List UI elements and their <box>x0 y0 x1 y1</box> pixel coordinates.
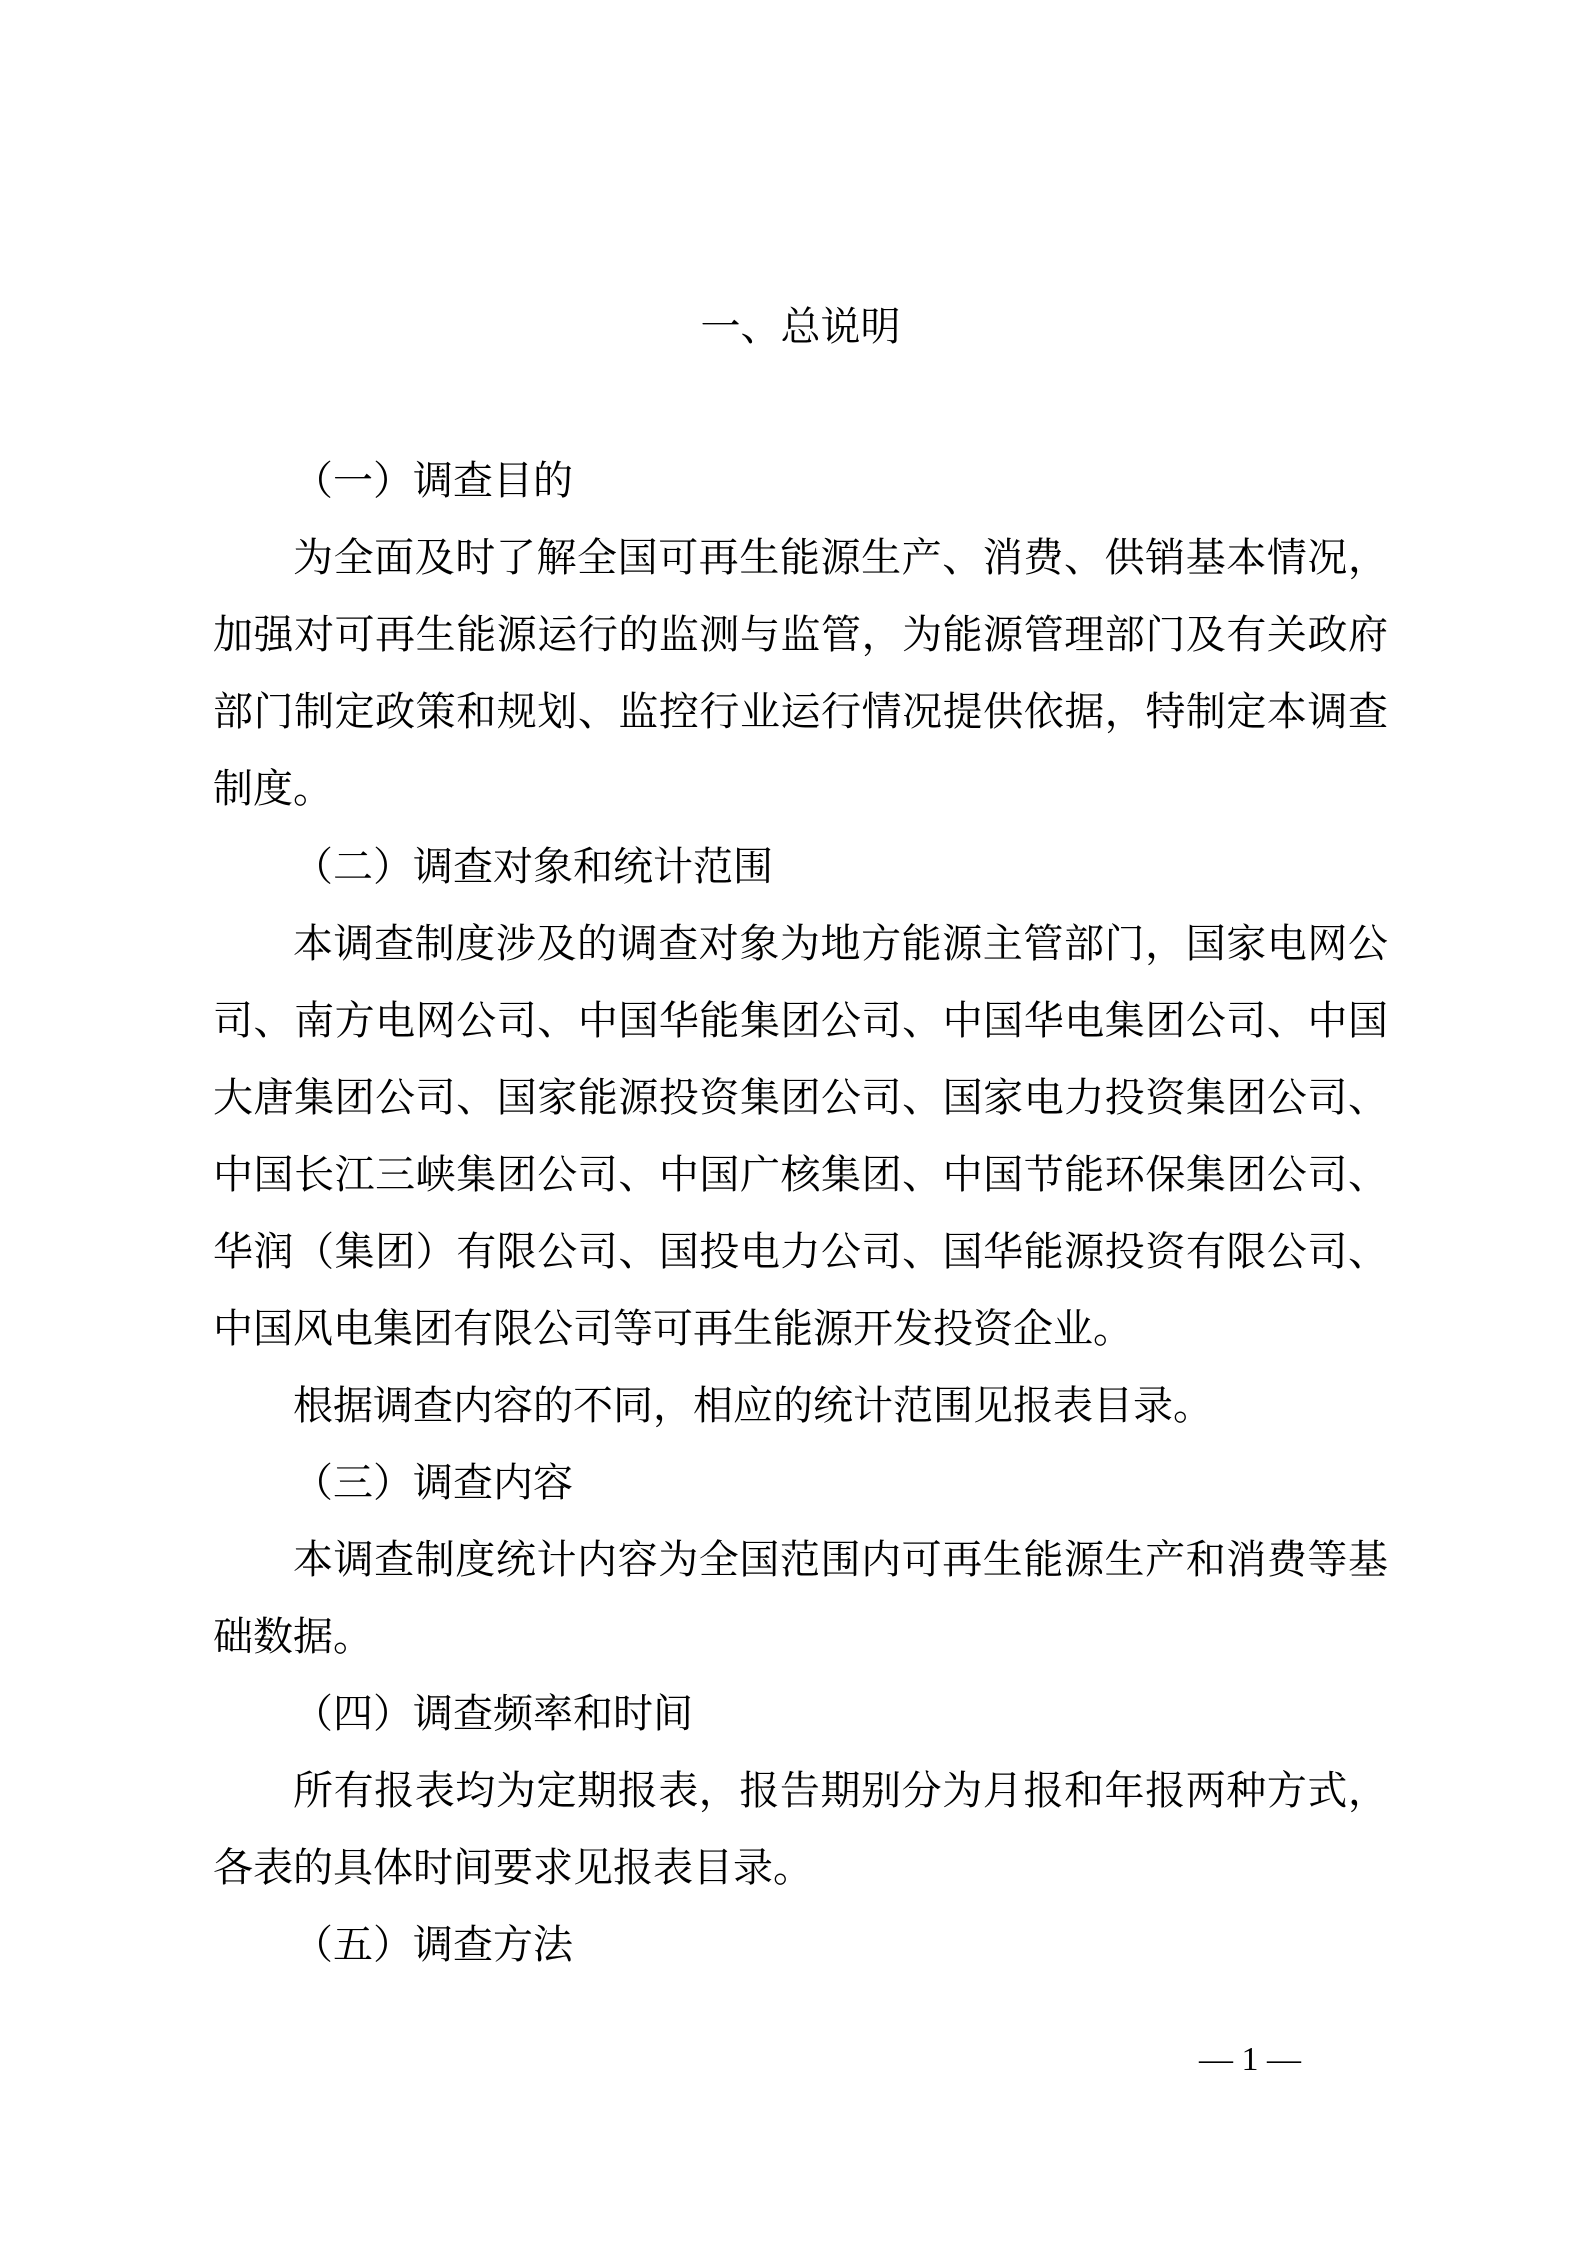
paragraph-line: 加强对可再生能源运行的监测与监管，为能源管理部门及有关政府 <box>213 615 1388 692</box>
paragraph-line: 所有报表均为定期报表，报告期别分为月报和年报两种方式， <box>213 1771 1388 1848</box>
page-number: — 1 — <box>1180 2040 1320 2080</box>
paragraph-line: 部门制定政策和规划、监控行业运行情况提供依据，特制定本调查 <box>213 692 1388 769</box>
subsection-heading: （五）调查方法 <box>213 1925 1388 2002</box>
paragraph-line: 司、南方电网公司、中国华能集团公司、中国华电集团公司、中国 <box>213 1001 1388 1078</box>
paragraph-line: 中国风电集团有限公司等可再生能源开发投资企业。 <box>213 1309 1388 1386</box>
paragraph-line: 础数据。 <box>213 1617 1388 1694</box>
paragraph-line: 中国长江三峡集团公司、中国广核集团、中国节能环保集团公司、 <box>213 1155 1388 1232</box>
subsection-heading: （二）调查对象和统计范围 <box>213 847 1388 924</box>
subsection-heading: （一）调查目的 <box>213 461 1388 538</box>
paragraph-line: 根据调查内容的不同，相应的统计范围见报表目录。 <box>213 1386 1388 1463</box>
subsection-heading: （三）调查内容 <box>213 1463 1388 1540</box>
paragraph-line: 本调查制度涉及的调查对象为地方能源主管部门，国家电网公 <box>213 924 1388 1001</box>
paragraph-line: 华润（集团）有限公司、国投电力公司、国华能源投资有限公司、 <box>213 1232 1388 1309</box>
paragraph-line: 大唐集团公司、国家能源投资集团公司、国家电力投资集团公司、 <box>213 1078 1388 1155</box>
document-page: 一、总说明 （一）调查目的为全面及时了解全国可再生能源生产、消费、供销基本情况，… <box>0 0 1587 2245</box>
paragraph-line: 制度。 <box>213 769 1388 846</box>
paragraph-line: 本调查制度统计内容为全国范围内可再生能源生产和消费等基 <box>213 1540 1388 1617</box>
section-title: 一、总说明 <box>213 307 1388 347</box>
paragraph-line: 为全面及时了解全国可再生能源生产、消费、供销基本情况， <box>213 538 1388 615</box>
paragraph-line: 各表的具体时间要求见报表目录。 <box>213 1848 1388 1925</box>
subsection-heading: （四）调查频率和时间 <box>213 1694 1388 1771</box>
